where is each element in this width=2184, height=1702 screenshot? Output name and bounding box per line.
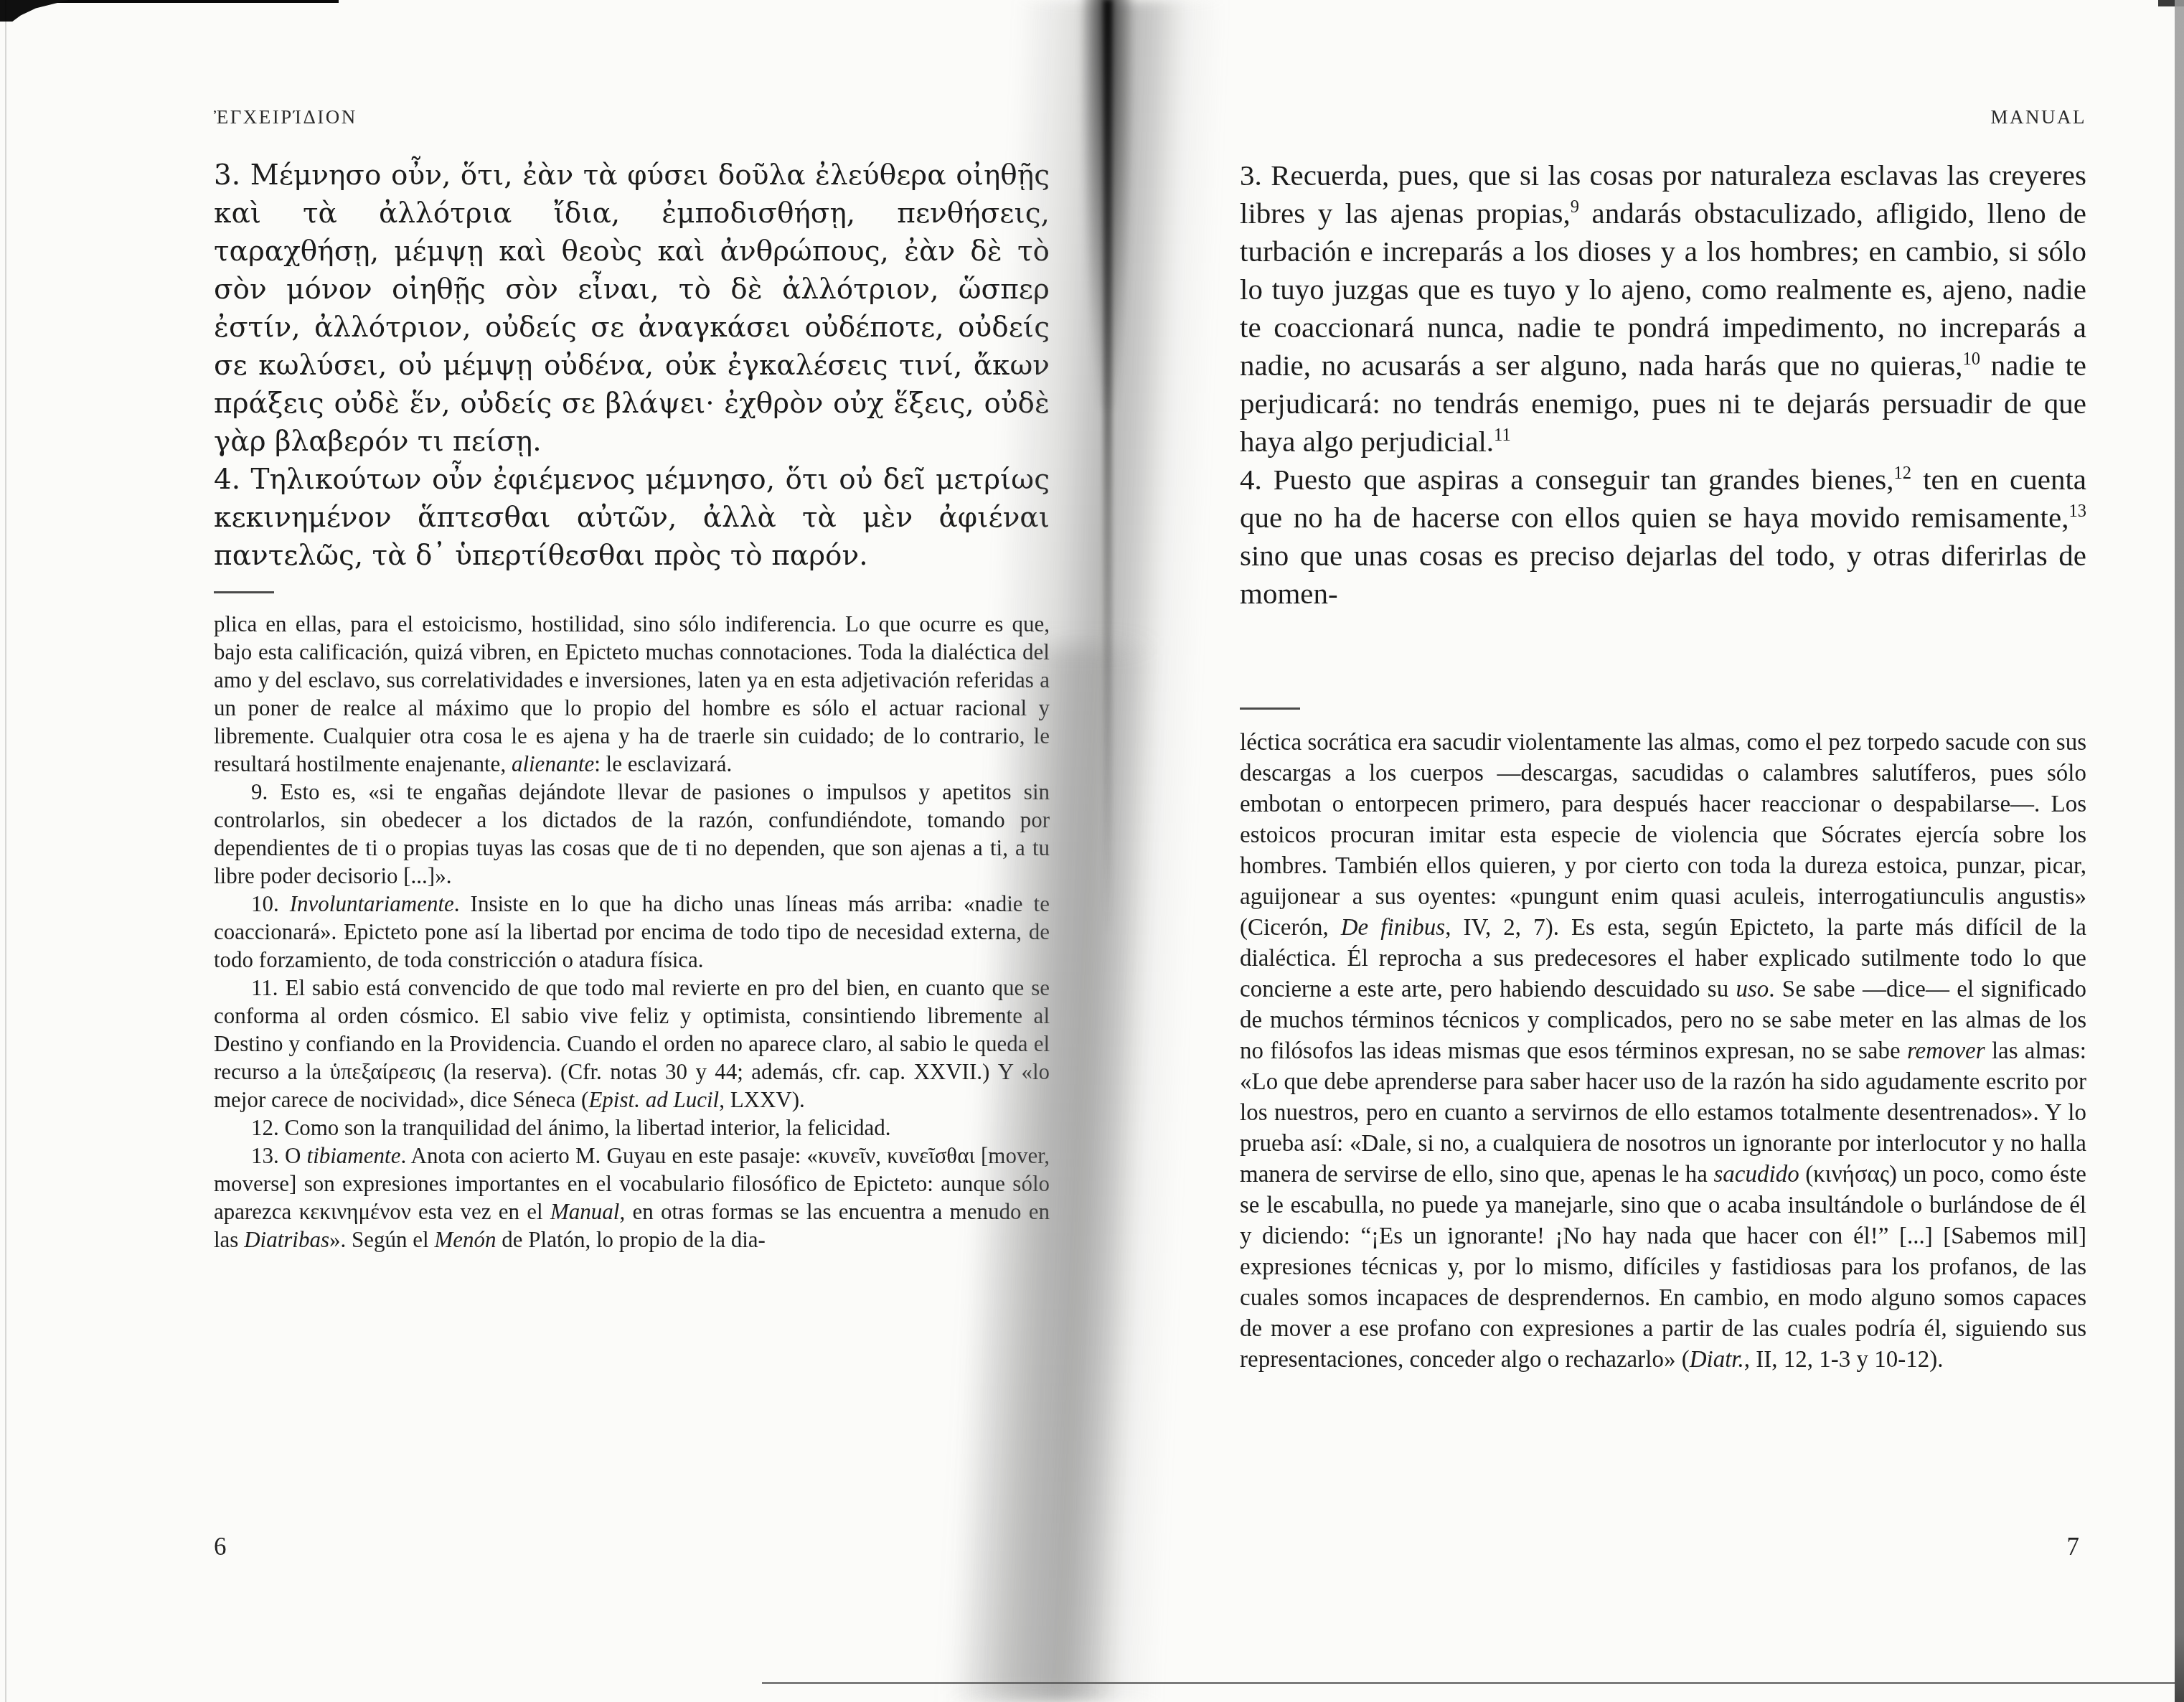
footnote-9: 9. Esto es, «si te engañas dejándote lle… [214, 778, 1050, 890]
scan-top-edge-line [0, 0, 339, 3]
greek-paragraph-3: 3. Μέμνησο οὖν, ὅτι, ἐὰν τὰ φύσει δοῦλα … [214, 156, 1050, 461]
left-footnotes-block: plica en ellas, para el estoicismo, host… [214, 610, 1050, 1254]
footnote-8-continuation: plica en ellas, para el estoicismo, host… [214, 610, 1050, 778]
left-running-head: ἘΓΧΕΙΡΊΔΙΟΝ [214, 106, 357, 128]
right-running-head: MANUAL [1991, 106, 2087, 128]
right-page-number: 7 [2067, 1533, 2080, 1561]
book-scan-spread: ἘΓΧΕΙΡΊΔΙΟΝ 3. Μέμνησο οὖν, ὅτι, ἐὰν τὰ … [0, 0, 2184, 1702]
right-footnotes-block: léctica socrática era sacudir violentame… [1240, 728, 2086, 1376]
scan-top-right-mark [2158, 0, 2184, 6]
spanish-paragraph-3: 3. Recuerda, pues, que si las cosas por … [1240, 156, 2086, 461]
scan-bottom-line [762, 1682, 2175, 1684]
scan-corner-mark [0, 0, 69, 22]
spanish-paragraph-4: 4. Puesto que aspiras a conseguir tan gr… [1240, 461, 2086, 613]
greek-paragraph-4: 4. Τηλικούτων οὖν ἐφιέμενος μέμνησο, ὅτι… [214, 461, 1050, 575]
spanish-text-block: 3. Recuerda, pues, que si las cosas por … [1240, 156, 2086, 613]
page-edge-strip [2175, 0, 2184, 1702]
left-footnote-rule [214, 591, 274, 593]
footnote-11: 11. El sabio está convencido de que todo… [214, 974, 1050, 1114]
footnote-12: 12. Como son la tranquilidad del ánimo, … [214, 1114, 1050, 1142]
gutter-binding-line [1103, 0, 1112, 933]
footnote-13: 13. O tibiamente. Anota con acierto M. G… [214, 1142, 1050, 1254]
scan-left-edge-line [5, 0, 6, 1702]
right-footnote-rule [1240, 707, 1300, 710]
footnote-13-continuation: léctica socrática era sacudir violentame… [1240, 728, 2086, 1376]
greek-text-block: 3. Μέμνησο οὖν, ὅτι, ἐὰν τὰ φύσει δοῦλα … [214, 156, 1050, 575]
footnote-10: 10. Involuntariamente. Insiste en lo que… [214, 890, 1050, 974]
gutter-shadow-dark-top [1081, 0, 1134, 409]
left-page-number: 6 [214, 1533, 227, 1561]
